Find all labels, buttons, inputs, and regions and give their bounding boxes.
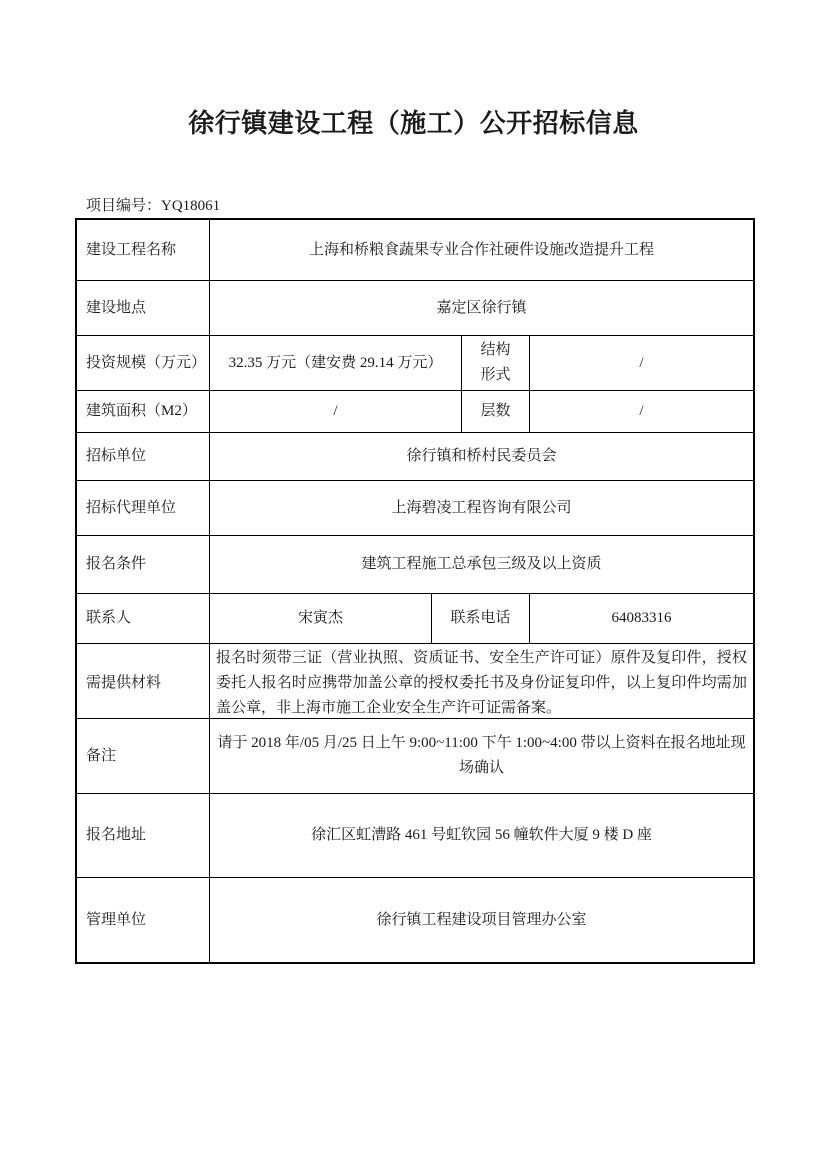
row-value: 32.35 万元（建安费 29.14 万元）: [210, 336, 462, 390]
row-value: /: [210, 391, 462, 432]
table-row: 联系人 宋寅杰 联系电话 64083316: [77, 594, 753, 644]
table-row: 投资规模（万元） 32.35 万元（建安费 29.14 万元） 结构形式 /: [77, 336, 753, 391]
table-row: 管理单位 徐行镇工程建设项目管理办公室: [77, 878, 753, 962]
bidding-info-table: 建设工程名称 上海和桥粮食蔬果专业合作社硬件设施改造提升工程 建设地点 嘉定区徐…: [75, 218, 755, 964]
row-value: 徐行镇和桥村民委员会: [210, 433, 753, 480]
table-row: 招标代理单位 上海碧凌工程咨询有限公司: [77, 481, 753, 536]
row-value: 报名时须带三证（营业执照、资质证书、安全生产许可证）原件及复印件，授权委托人报名…: [210, 644, 753, 723]
row-value-2: /: [530, 391, 753, 432]
row-label: 需提供材料: [77, 644, 210, 723]
table-row: 建设工程名称 上海和桥粮食蔬果专业合作社硬件设施改造提升工程: [77, 220, 753, 281]
table-row: 建设地点 嘉定区徐行镇: [77, 281, 753, 336]
row-label: 建筑面积（M2）: [77, 391, 210, 432]
row-value-2: /: [530, 336, 753, 390]
table-row: 备注 请于 2018 年/05 月/25 日上午 9:00~11:00 下午 1…: [77, 719, 753, 794]
row-value: 上海碧凌工程咨询有限公司: [210, 481, 753, 535]
row-value-2: 64083316: [530, 594, 753, 643]
row-label-2: 层数: [462, 391, 530, 432]
row-value: 建筑工程施工总承包三级及以上资质: [210, 536, 753, 593]
row-label-2: 结构形式: [462, 336, 530, 390]
row-value: 上海和桥粮食蔬果专业合作社硬件设施改造提升工程: [210, 220, 753, 280]
project-number: 项目编号：YQ18061: [86, 194, 220, 215]
row-value: 嘉定区徐行镇: [210, 281, 753, 335]
document-page: 徐行镇建设工程（施工）公开招标信息 项目编号：YQ18061 建设工程名称 上海…: [0, 0, 827, 1169]
table-row: 报名条件 建筑工程施工总承包三级及以上资质: [77, 536, 753, 594]
table-row: 需提供材料 报名时须带三证（营业执照、资质证书、安全生产许可证）原件及复印件，授…: [77, 644, 753, 719]
row-label: 联系人: [77, 594, 210, 643]
row-label: 投资规模（万元）: [77, 336, 210, 390]
row-label-2: 联系电话: [432, 594, 530, 643]
row-label: 建设地点: [77, 281, 210, 335]
row-value: 徐汇区虹漕路 461 号虹钦园 56 幢软件大厦 9 楼 D 座: [210, 794, 753, 877]
row-value: 徐行镇工程建设项目管理办公室: [210, 878, 753, 962]
page-title: 徐行镇建设工程（施工）公开招标信息: [0, 103, 827, 140]
row-label: 招标单位: [77, 433, 210, 480]
row-label: 建设工程名称: [77, 220, 210, 280]
table-row: 报名地址 徐汇区虹漕路 461 号虹钦园 56 幢软件大厦 9 楼 D 座: [77, 794, 753, 878]
table-row: 招标单位 徐行镇和桥村民委员会: [77, 433, 753, 481]
row-value: 请于 2018 年/05 月/25 日上午 9:00~11:00 下午 1:00…: [210, 719, 753, 793]
table-row: 建筑面积（M2） / 层数 /: [77, 391, 753, 433]
row-label: 管理单位: [77, 878, 210, 962]
row-label: 备注: [77, 719, 210, 793]
row-label: 报名地址: [77, 794, 210, 877]
row-label: 报名条件: [77, 536, 210, 593]
row-value: 宋寅杰: [210, 594, 432, 643]
row-label: 招标代理单位: [77, 481, 210, 535]
